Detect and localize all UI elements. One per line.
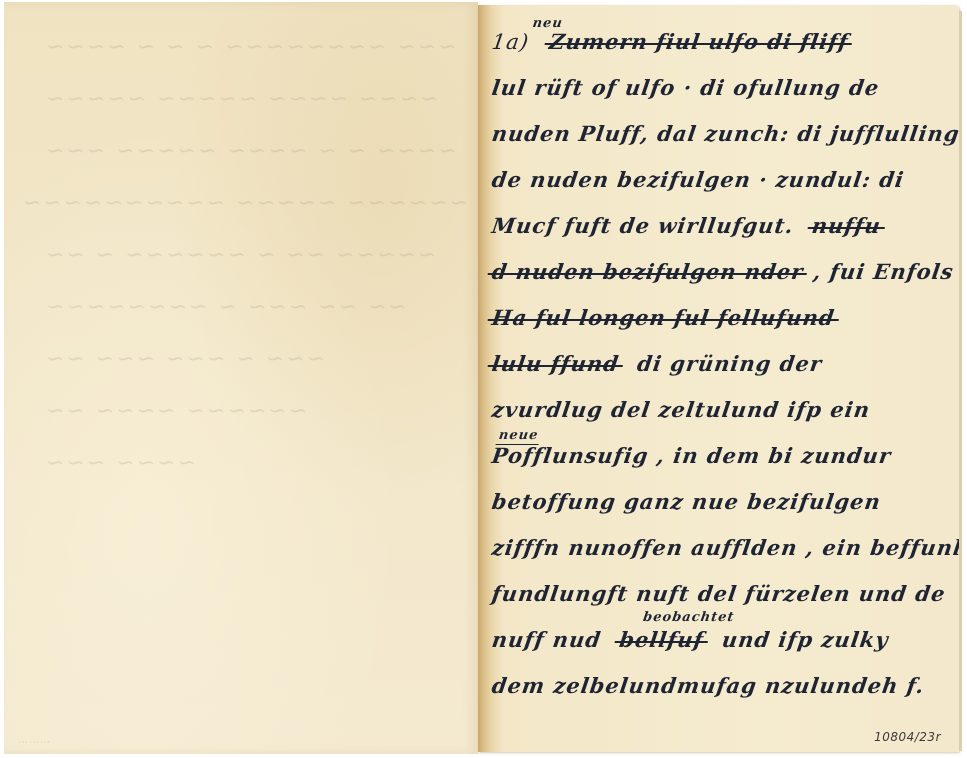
manuscript-line-11: betoffung ganz nue bezifulgen <box>489 479 945 525</box>
manuscript-line-5: Mucf fuft de wirllufgut. nuffu <box>489 203 945 249</box>
manuscript-line-12: zifffn nunoffen aufflden , ein beffunl <box>489 525 945 571</box>
struck-text: Ha ful longen ful fellufund <box>489 295 838 341</box>
ghost-line: ~~~ ~~~~~~~~ ~ ~ ~ ~~~~ <box>44 22 468 74</box>
manuscript-line-15: dem zelbelundmufag nzulundeh f. <box>489 663 945 709</box>
shorthand-text: betoffung ganz nue bezifulgen <box>489 479 884 525</box>
manuscript-line-4: de nuden bezifulgen · zundul: di <box>489 157 945 203</box>
shorthand-text: und ifp zulky <box>719 617 892 663</box>
struck-text: Zumern fiul ulfo di fliff <box>546 19 851 65</box>
shorthand-text: de nuden bezifulgen · zundul: di <box>489 157 908 203</box>
manuscript-line-8: lulu ffund di grüning der <box>489 341 945 387</box>
shorthand-text: Pofflunsufig , in dem bi zundur <box>489 433 895 479</box>
ghost-line: ~~~~ ~~~ <box>44 438 468 490</box>
shorthand-text: Mucf fuft de wirllufgut. <box>489 203 797 249</box>
shorthand-text: lul rüft of ulfo · di ofullung de <box>489 65 883 111</box>
manuscript-line-7: Ha ful longen ful fellufund <box>489 295 945 341</box>
manuscript-line-9: zvurdlug del zeltulund ifp ein <box>489 387 945 433</box>
section-label: 1a) <box>490 30 530 54</box>
faint-corner-mark: ⋯⋯⋯ <box>18 737 51 748</box>
shorthand-text: nuff nud <box>489 617 605 663</box>
shorthand-text: , fui Enfols <box>810 249 957 295</box>
struck-text: bellfuf <box>616 617 707 663</box>
bleed-through-text: ~~~ ~~~~~~~~ ~ ~ ~ ~~~~ ~~~~ ~~~~ ~~~~~ … <box>44 22 468 490</box>
shorthand-text: nuden Pluff, dal zunch: di jufflulling <box>489 111 963 157</box>
struck-text: lulu ffund <box>489 341 623 387</box>
manuscript-line-10: neue Pofflunsufig , in dem bi zundur <box>489 433 945 479</box>
struck-text: nuffu <box>809 203 884 249</box>
shorthand-text: dem zelbelundmufag nzulundeh f. <box>489 663 928 709</box>
left-page: ~~~ ~~~~~~~~ ~ ~ ~ ~~~~ ~~~~ ~~~~ ~~~~~ … <box>4 2 478 754</box>
shorthand-text: di grüning der <box>634 341 825 387</box>
ghost-line: ~~~~~~ ~~~~ ~~ <box>44 386 468 438</box>
archive-signature: 10804/23r <box>874 730 941 744</box>
manuscript-spread: ~~~ ~~~~~~~~ ~ ~ ~ ~~~~ ~~~~ ~~~~ ~~~~~ … <box>0 0 967 758</box>
right-page: 1a) neu Zumern fiul ulfo di fliff lul rü… <box>478 5 959 752</box>
ghost-line: ~~~~~~ ~~~~~ ~~~~~~~~~~ <box>44 178 468 230</box>
shorthand-text: zvurdlug del zeltulund ifp ein <box>489 387 874 433</box>
ghost-line: ~~ ~~ ~~~ ~ ~~~~~~~~ <box>44 282 468 334</box>
ghost-line: ~~~~ ~~~~ ~~~~~ ~~~~~ <box>44 74 468 126</box>
struck-text: d nuden bezifulgen nder <box>489 249 807 295</box>
shorthand-text: zifffn nunoffen aufflden , ein beffunl <box>489 525 966 571</box>
manuscript-line-14: beobachtet nuff nud bellfuf und ifp zulk… <box>489 617 945 663</box>
manuscript-line-6: d nuden bezifulgen nder, fui Enfols <box>489 249 945 295</box>
manuscript-line-1: 1a) neu Zumern fiul ulfo di fliff <box>489 19 945 65</box>
manuscript-line-3: nuden Pluff, dal zunch: di jufflulling <box>489 111 945 157</box>
ghost-line: ~~~ ~ ~~~ ~~~ ~~ <box>44 334 468 386</box>
ghost-line: ~~~~~ ~~ ~ ~~~~~~ ~ ~~ <box>44 230 468 282</box>
ghost-line: ~~~~ ~ ~ ~~~~ ~~~~~ ~~~ <box>44 126 468 178</box>
manuscript-line-2: lul rüft of ulfo · di ofullung de <box>489 65 945 111</box>
shorthand-text-block: 1a) neu Zumern fiul ulfo di fliff lul rü… <box>492 15 942 709</box>
